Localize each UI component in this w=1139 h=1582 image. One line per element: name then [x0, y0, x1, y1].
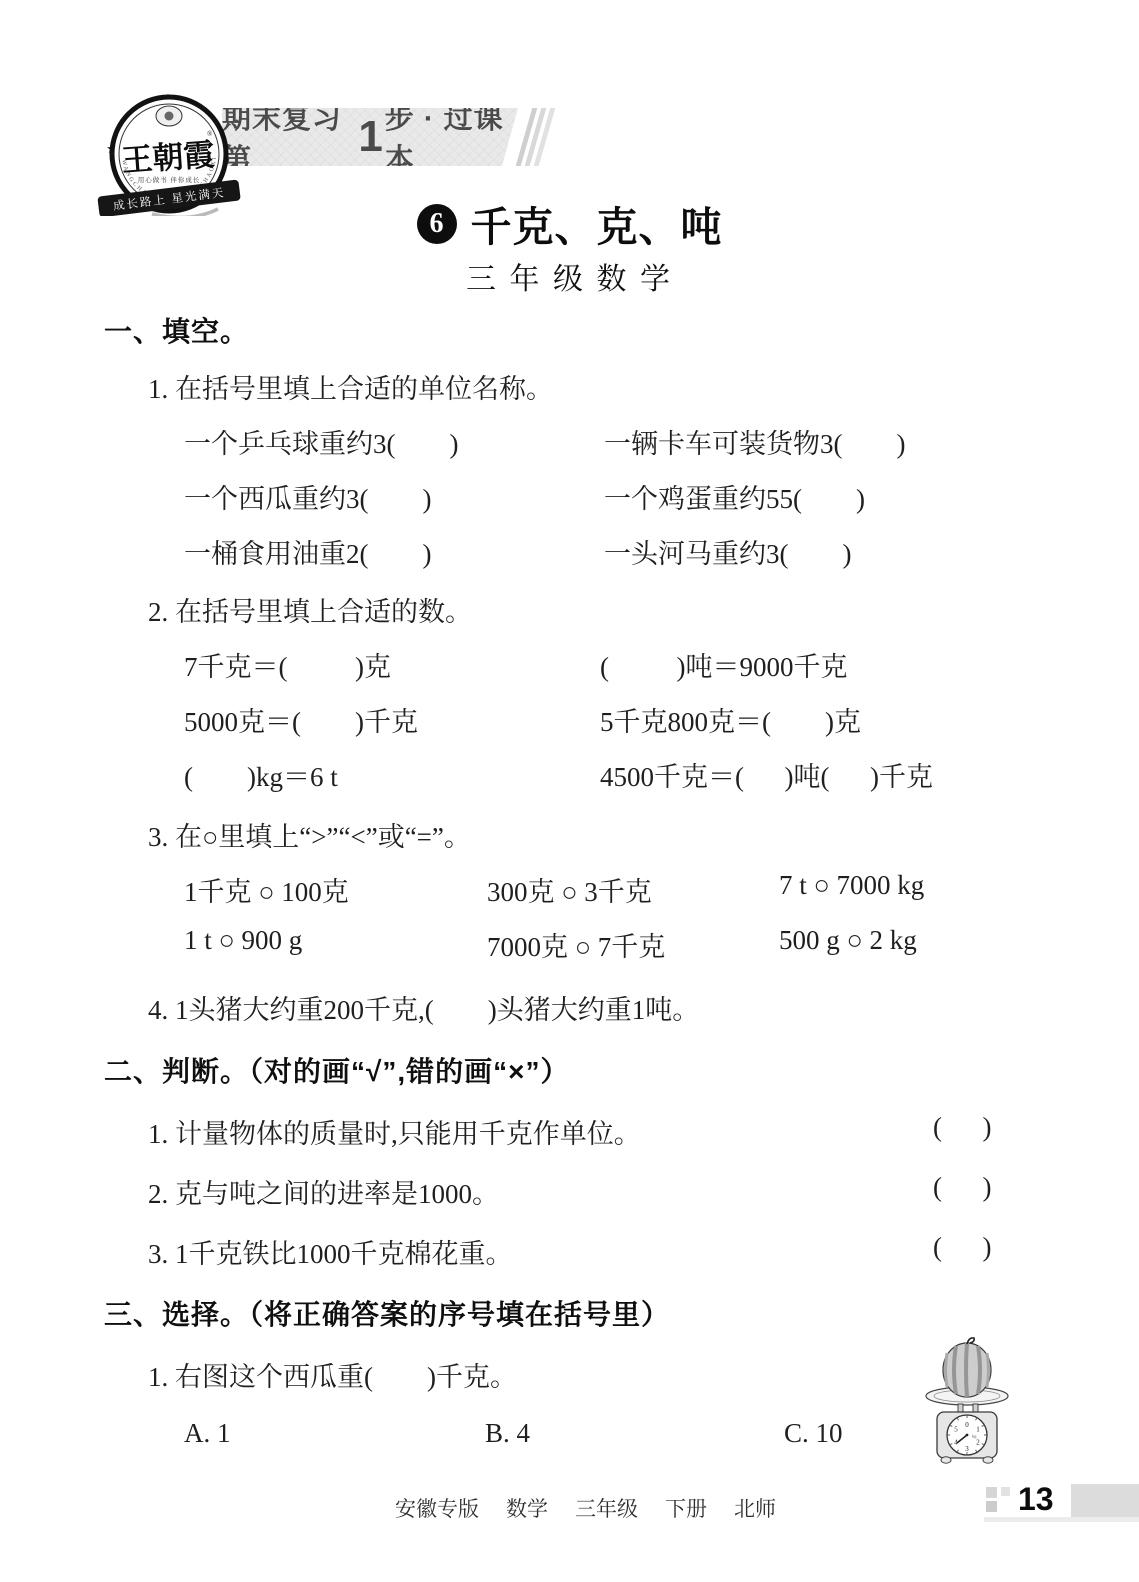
footer-publisher: 北师 [734, 1493, 776, 1523]
watermelon-scale-figure: 0 1 2 3 4 5 kg [910, 1334, 1026, 1470]
worksheet-page: 期末复习第 1 步 · 过课本 ★ ★ ★ ★ ★ ★ ★ WANGCHAOXI… [0, 0, 1139, 1582]
option-a: A. 1 [184, 1418, 231, 1449]
judge-item: 3. 1千克铁比1000千克棉花重。 [148, 1232, 513, 1271]
fill-item: 5千克800克＝( )克 [600, 700, 861, 739]
answer-bracket: ( ) [933, 1232, 991, 1263]
compare-item: 300克 ○ 3千克 [487, 870, 652, 909]
scale-foot [983, 1457, 993, 1463]
q3-label: 3. 在○里填上“>”“<”或“=”。 [148, 815, 471, 854]
footer-meta: 安徽专版 数学 三年级 下册 北师 [395, 1493, 776, 1523]
choice-question: 1. 右图这个西瓜重( )千克。 [148, 1355, 517, 1394]
lesson-title: 千克、克、吨 [471, 194, 723, 253]
header-banner: 期末复习第 1 步 · 过课本 [222, 108, 518, 166]
fill-item: 一辆卡车可装货物3( ) [604, 422, 905, 461]
fill-item: 7千克＝( )克 [184, 645, 391, 684]
footer-deco-square [986, 1487, 997, 1498]
watermelon-icon [943, 1338, 991, 1397]
option-c: C. 10 [784, 1418, 843, 1449]
footer-deco-square [1001, 1487, 1010, 1496]
banner-step-number: 1 [358, 115, 382, 159]
compare-item: 7 t ○ 7000 kg [779, 870, 924, 901]
brand-name: 王朝霞 [120, 137, 215, 178]
grade-subtitle: 三 年 级 数 学 [0, 254, 1139, 298]
judge-item: 1. 计量物体的质量时,只能用千克作单位。 [148, 1112, 641, 1151]
option-b: B. 4 [485, 1418, 530, 1449]
fill-item: 一个鸡蛋重约55( ) [604, 477, 865, 516]
fill-item: ( )kg＝6 t [184, 755, 338, 794]
brand-logo: ★ ★ ★ ★ ★ ★ ★ WANGCHAOXIA · WANGCHAOXIA … [90, 58, 248, 216]
footer-deco-band [984, 1517, 1139, 1522]
q4-label: 4. 1头猪大约重200千克,( )头猪大约重1吨。 [148, 988, 699, 1027]
footer-deco-bar [1071, 1484, 1139, 1517]
judge-item: 2. 克与吨之间的进率是1000。 [148, 1172, 499, 1211]
compare-item: 500 g ○ 2 kg [779, 925, 917, 956]
fill-item: ( )吨＝9000千克 [600, 645, 847, 684]
fill-item: 5000克＝( )千克 [184, 700, 418, 739]
footer-subject: 数学 [506, 1493, 548, 1523]
dial-unit: kg [972, 1434, 977, 1439]
compare-item: 7000克 ○ 7千克 [487, 925, 665, 964]
watermelon-stem [967, 1338, 974, 1344]
fill-item: 一个西瓜重约3( ) [184, 477, 431, 516]
fill-item: 一头河马重约3( ) [604, 532, 851, 571]
scale-foot [941, 1457, 951, 1463]
dial-number: 0 [965, 1421, 969, 1429]
footer-volume: 下册 [665, 1493, 707, 1523]
fill-item: 一个乒乓球重约3( ) [184, 422, 458, 461]
answer-bracket: ( ) [933, 1112, 991, 1143]
page-number: 13 [1018, 1481, 1054, 1518]
portrait-face [165, 112, 174, 121]
section1-heading: 一、填空。 [104, 310, 249, 350]
dial-number: 2 [976, 1439, 980, 1447]
dial-number: 1 [976, 1426, 980, 1434]
logo-subtext: 用心做书 伴你成长 [138, 175, 201, 184]
q2-label: 2. 在括号里填上合适的数。 [148, 590, 472, 629]
answer-bracket: ( ) [933, 1172, 991, 1203]
section3-heading: 三、选择。（将正确答案的序号填在括号里） [104, 1293, 670, 1333]
compare-item: 1千克 ○ 100克 [184, 870, 349, 909]
banner-text-suffix: 步 · 过课本 [385, 96, 518, 178]
footer-edition: 安徽专版 [395, 1493, 479, 1523]
dial-center [966, 1434, 969, 1437]
lesson-number-badge: 6 [417, 204, 457, 244]
dial-number: 3 [965, 1445, 969, 1453]
dial-number: 5 [954, 1426, 958, 1434]
lesson-title-row: 6 千克、克、吨 [0, 194, 1139, 253]
q1-label: 1. 在括号里填上合适的单位名称。 [148, 367, 553, 406]
footer-deco-square [986, 1501, 997, 1512]
section2-heading: 二、判断。（对的画“√”,错的画“×”） [104, 1050, 570, 1090]
footer-grade: 三年级 [575, 1493, 638, 1523]
registered-mark: ® [207, 130, 213, 138]
compare-item: 1 t ○ 900 g [184, 925, 302, 956]
fill-item: 一桶食用油重2( ) [184, 532, 431, 571]
fill-item: 4500千克＝( )吨( )千克 [600, 755, 933, 794]
